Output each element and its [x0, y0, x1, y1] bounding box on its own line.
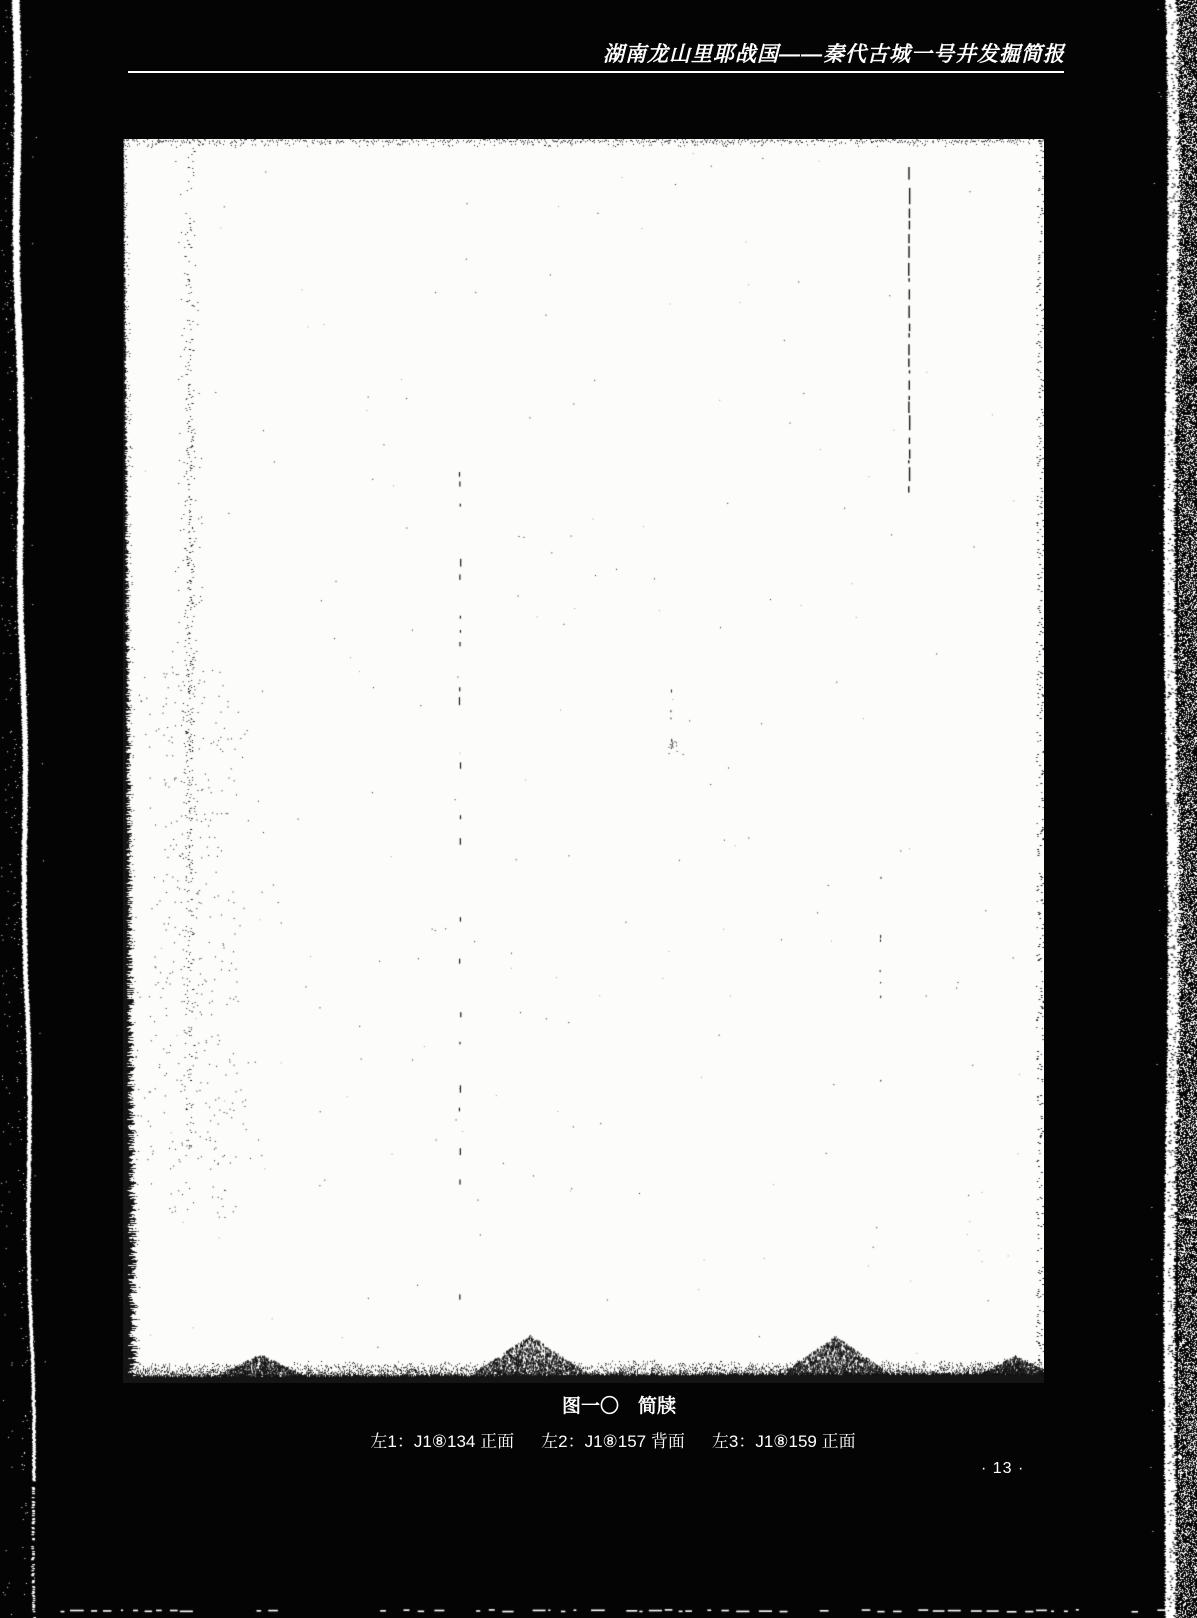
plate-noise-canvas: [123, 139, 1044, 1383]
figure-label: 左1：J1⑧134 正面: [370, 1427, 514, 1452]
scanned-page: 湖南龙山里耶战国——秦代古城一号井发掘简报 图一〇简牍 左1：J1⑧134 正面…: [0, 0, 1197, 1618]
figure-caption-title: 简牍: [638, 1396, 676, 1417]
running-header: 湖南龙山里耶战国——秦代古城一号井发掘简报: [603, 38, 1065, 68]
figure-plate-photo: [123, 139, 1044, 1383]
figure-label: 左2：J1⑧157 背面: [541, 1427, 685, 1452]
figure-caption: 图一〇简牍: [0, 1391, 1197, 1418]
figure-label: 左3：J1⑧159 正面: [712, 1427, 856, 1452]
figure-labels: 左1：J1⑧134 正面 左2：J1⑧157 背面 左3：J1⑧159 正面: [0, 1427, 1197, 1452]
figure-caption-number: 图一〇: [562, 1396, 619, 1417]
header-rule: [128, 71, 1064, 73]
page-number: · 13 ·: [981, 1460, 1024, 1478]
